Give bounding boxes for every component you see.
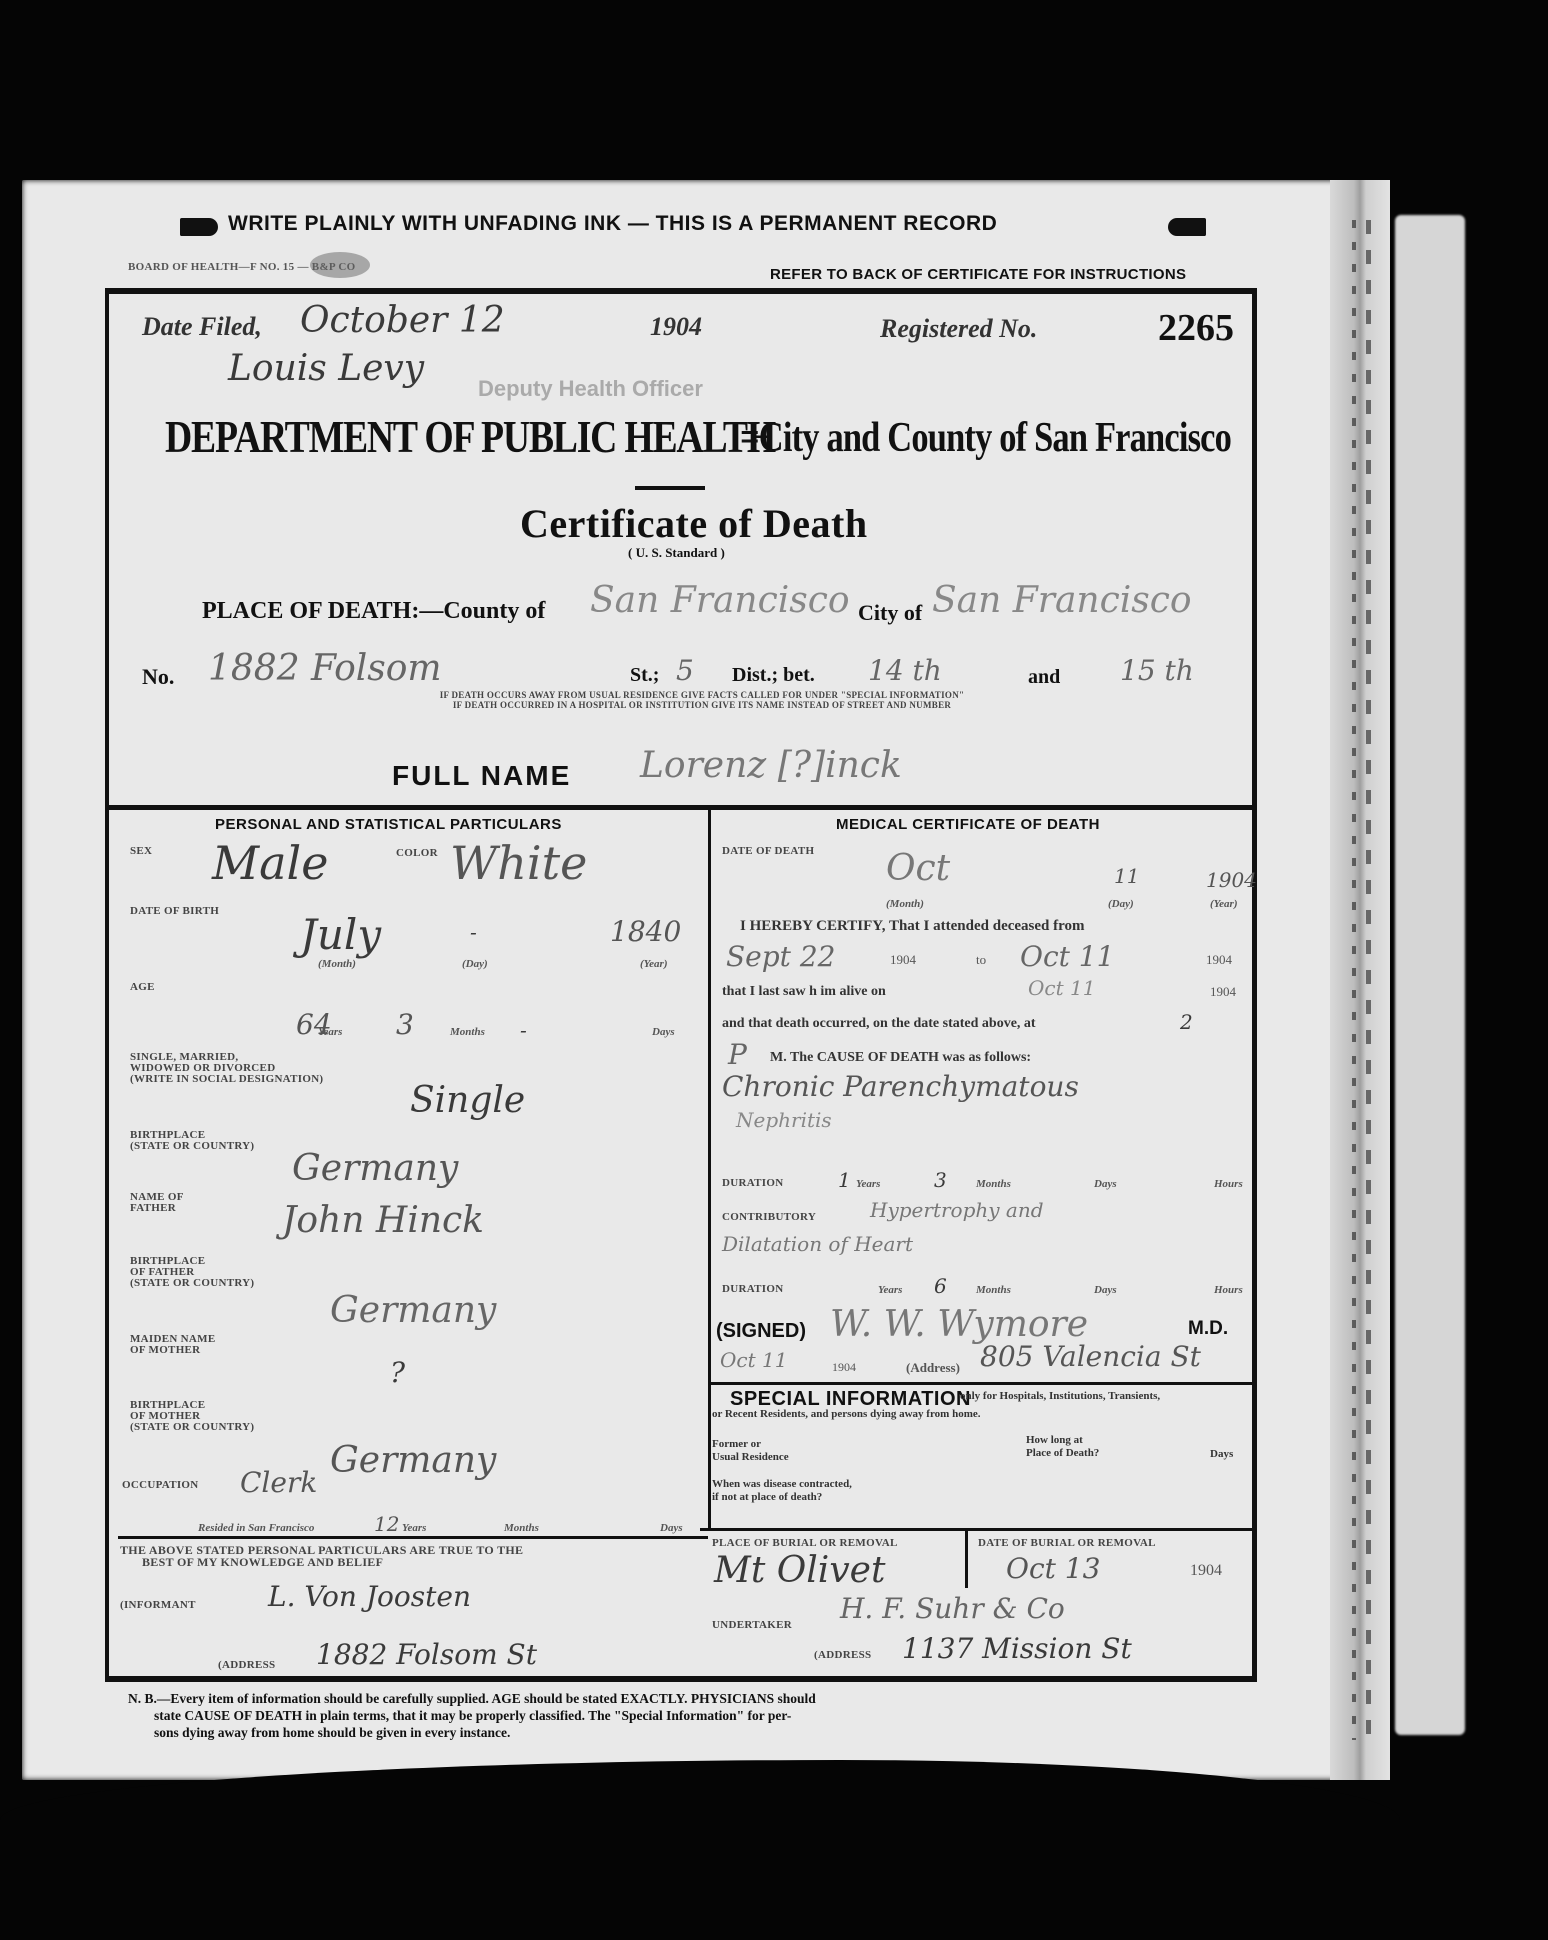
burial-place-label: PLACE OF BURIAL OR REMOVAL <box>712 1538 898 1549</box>
how-long-days-caption: Days <box>1210 1448 1233 1460</box>
note-line-1: IF DEATH OCCURS AWAY FROM USUAL RESIDENC… <box>282 690 1122 700</box>
duration-2-months: 6 <box>934 1274 947 1298</box>
mother-birthplace-value: Germany <box>330 1440 496 1481</box>
father-birthplace-label: BIRTHPLACE OF FATHER (State or Country) <box>130 1256 254 1289</box>
birthplace-label: BIRTHPLACE (State or Country) <box>130 1130 254 1152</box>
burial-date-label: DATE OF BURIAL OR REMOVAL <box>978 1538 1156 1549</box>
contracted-label: When was disease contracted, if not at p… <box>712 1478 852 1504</box>
date-filed-year: 1904 <box>650 312 702 342</box>
marital-label-line: (Write in social designation) <box>130 1074 323 1085</box>
duration-1-months: 3 <box>934 1168 947 1192</box>
time-ampm: P <box>728 1038 747 1071</box>
date-filed-label: Date Filed, <box>142 312 262 342</box>
place-of-death-label: PLACE OF DEATH:—County of <box>202 598 545 625</box>
city-label: City of <box>858 600 922 626</box>
dob-day-caption: (Day) <box>462 958 488 970</box>
banner-text: WRITE PLAINLY WITH UNFADING INK — THIS I… <box>228 212 997 236</box>
burial-place-value: Mt Olivet <box>714 1550 885 1591</box>
personal-heading: PERSONAL AND STATISTICAL PARTICULARS <box>215 816 562 833</box>
binding-stitching <box>1366 220 1371 1740</box>
full-name-label: FULL NAME <box>392 760 571 792</box>
place-of-death-note: IF DEATH OCCURS AWAY FROM USUAL RESIDENC… <box>282 690 1122 710</box>
birthplace-value: Germany <box>292 1148 458 1189</box>
duration-1-years-caption: Years <box>856 1178 880 1190</box>
sex-label: SEX <box>130 846 152 857</box>
how-long-label-line: Place of Death? <box>1026 1447 1099 1460</box>
attestation-text: THE ABOVE STATED PERSONAL PARTICULARS AR… <box>120 1544 523 1568</box>
form-top-border <box>105 288 1257 294</box>
mother-bp-label-line: (State or Country) <box>130 1422 254 1433</box>
former-residence-label-line: Usual Residence <box>712 1451 789 1464</box>
undertaker-label: UNDERTAKER <box>712 1620 792 1631</box>
resided-years-caption: Years <box>402 1522 426 1534</box>
special-note-1: only for Hospitals, Institutions, Transi… <box>960 1390 1160 1402</box>
age-label: AGE <box>130 982 155 993</box>
dod-month: Oct <box>886 848 950 889</box>
dob-year: 1840 <box>610 915 681 948</box>
occupation-value: Clerk <box>240 1466 317 1499</box>
mother-birthplace-label: BIRTHPLACE OF MOTHER (State or Country) <box>130 1400 254 1433</box>
color-value: White <box>450 836 587 890</box>
mother-name-value: ? <box>390 1356 405 1389</box>
contracted-label-line: if not at place of death? <box>712 1491 852 1504</box>
duration-2-days-caption: Days <box>1094 1284 1117 1296</box>
time-of-death-hour: 2 <box>1180 1010 1193 1034</box>
street-address-value: 1882 Folsom <box>208 648 442 689</box>
adjacent-page-edge <box>1395 215 1465 1735</box>
marital-status-value: Single <box>410 1080 525 1121</box>
street-label: St.; <box>630 664 659 687</box>
occurred-text: and that death occurred, on the date sta… <box>722 1016 1036 1032</box>
signed-date: Oct 11 <box>720 1348 787 1372</box>
duration-label: DURATION <box>722 1178 783 1189</box>
informant-address-value: 1882 Folsom St <box>316 1638 537 1671</box>
age-months-caption: Months <box>450 1026 485 1038</box>
pointing-hand-icon <box>180 218 218 236</box>
attestation-line: BEST OF MY KNOWLEDGE AND BELIEF <box>120 1556 523 1568</box>
street-no-label: No. <box>142 664 174 690</box>
attended-to: Oct 11 <box>1020 940 1114 973</box>
undertaker-address-value: 1137 Mission St <box>902 1632 1132 1665</box>
burial-year: 1904 <box>1190 1562 1222 1580</box>
officer-signature: Louis Levy <box>228 348 424 389</box>
cause-text: M. The CAUSE OF DEATH was as follows: <box>770 1050 1031 1066</box>
father-name-value: John Hinck <box>282 1200 484 1241</box>
physician-address: 805 Valencia St <box>980 1340 1201 1373</box>
undertaker-address-label: (Address <box>814 1650 871 1661</box>
birthplace-label-line: (State or Country) <box>130 1141 254 1152</box>
father-bp-label-line: (State or Country) <box>130 1278 254 1289</box>
attended-from: Sept 22 <box>726 940 835 973</box>
attended-to-label: to <box>976 952 986 968</box>
medical-heading: MEDICAL CERTIFICATE OF DEATH <box>836 816 1100 833</box>
attended-from-year: 1904 <box>890 952 916 968</box>
last-saw-value: Oct 11 <box>1028 976 1095 1000</box>
dob-year-caption: (Year) <box>640 958 668 970</box>
informant-label: (Informant <box>120 1600 196 1611</box>
last-saw-year: 1904 <box>1210 984 1236 1000</box>
age-days: - <box>520 1018 527 1042</box>
burial-date-value: Oct 13 <box>1006 1552 1100 1585</box>
dob-label: DATE OF BIRTH <box>130 906 219 917</box>
certify-text: I HEREBY CERTIFY, That I attended deceas… <box>740 918 1085 935</box>
full-name-value: Lorenz [?]inck <box>640 745 902 786</box>
father-birthplace-value: Germany <box>330 1290 496 1331</box>
between-street-2: 15 th <box>1120 654 1194 687</box>
jurisdiction-name: =City and County of San Francisco <box>740 414 1231 462</box>
title-divider <box>635 486 705 490</box>
instructions-note: REFER TO BACK OF CERTIFICATE FOR INSTRUC… <box>770 266 1186 283</box>
form-right-border <box>1252 288 1257 1680</box>
duration-1-months-caption: Months <box>976 1178 1011 1190</box>
personal-divider <box>118 1536 708 1539</box>
dob-month-caption: (Month) <box>318 958 356 970</box>
father-label: NAME OF FATHER <box>130 1192 184 1214</box>
burial-divider <box>700 1528 1256 1531</box>
city-value: San Francisco <box>932 580 1192 621</box>
former-residence-label-line: Former or <box>712 1438 789 1451</box>
dob-month: July <box>300 910 381 959</box>
section-divider <box>108 805 1256 810</box>
form-bottom-border <box>105 1676 1257 1682</box>
marital-label: SINGLE, MARRIED, WIDOWED OR DIVORCED (Wr… <box>130 1052 323 1085</box>
dod-month-caption: (Month) <box>886 898 924 910</box>
mother-label: MAIDEN NAME OF MOTHER <box>130 1334 216 1356</box>
footer-note-line: state CAUSE OF DEATH in plain terms, tha… <box>128 1707 816 1724</box>
contributory-line-1: Hypertrophy and <box>870 1198 1044 1222</box>
md-label: M.D. <box>1188 1318 1228 1340</box>
contracted-label-line: When was disease contracted, <box>712 1478 852 1491</box>
contributory-line-2: Dilatation of Heart <box>722 1232 913 1256</box>
duration-1-years: 1 <box>838 1168 851 1192</box>
book-binding <box>1330 180 1390 1780</box>
physician-address-label: (Address) <box>906 1360 960 1376</box>
special-note-2: or Recent Residents, and persons dying a… <box>712 1408 981 1420</box>
age-days-caption: Days <box>652 1026 675 1038</box>
color-label: COLOR <box>396 848 438 859</box>
dob-day: - <box>470 920 477 944</box>
district-label: Dist.; bet. <box>732 664 815 687</box>
duration-1-hours-caption: Hours <box>1214 1178 1243 1190</box>
dod-year: 1904 <box>1206 868 1257 892</box>
father-label-line: FATHER <box>130 1203 184 1214</box>
dod-day-caption: (Day) <box>1108 898 1134 910</box>
signed-label: (SIGNED) <box>716 1320 806 1343</box>
dod-label: DATE OF DEATH <box>722 846 814 857</box>
occupation-label: OCCUPATION <box>122 1480 199 1491</box>
footer-note: N. B.—Every item of information should b… <box>128 1690 816 1741</box>
age-months: 3 <box>396 1008 414 1041</box>
mother-label-line: OF MOTHER <box>130 1345 216 1356</box>
contributory-label: CONTRIBUTORY <box>722 1212 816 1223</box>
special-divider <box>711 1382 1256 1385</box>
duration-2-months-caption: Months <box>976 1284 1011 1296</box>
signed-year: 1904 <box>832 1360 856 1375</box>
between-street-1: 14 th <box>868 654 942 687</box>
note-line-2: IF DEATH OCCURRED IN A HOSPITAL OR INSTI… <box>282 700 1122 710</box>
binding-stitching <box>1352 220 1356 1740</box>
how-long-label-line: How long at <box>1026 1434 1099 1447</box>
form-left-border <box>105 288 109 1680</box>
undertaker-value: H. F. Suhr & Co <box>840 1592 1065 1625</box>
cause-line-2: Nephritis <box>736 1108 832 1132</box>
county-value: San Francisco <box>590 580 850 621</box>
duration-1-days-caption: Days <box>1094 1178 1117 1190</box>
district-value: 5 <box>676 654 694 687</box>
registered-no-value: 2265 <box>1158 306 1234 350</box>
burial-column-divider <box>965 1530 968 1588</box>
cause-line-1: Chronic Parenchymatous <box>722 1070 1079 1103</box>
certificate-title: Certificate of Death <box>520 500 868 547</box>
officer-title: Deputy Health Officer <box>478 376 703 402</box>
column-divider <box>708 810 711 1530</box>
footer-note-line: sons dying away from home should be give… <box>128 1724 816 1741</box>
dod-day: 11 <box>1114 864 1139 888</box>
and-label: and <box>1028 666 1060 689</box>
how-long-label: How long at Place of Death? <box>1026 1434 1099 1460</box>
certificate-standard: ( U. S. Standard ) <box>628 545 725 561</box>
dod-year-caption: (Year) <box>1210 898 1238 910</box>
registered-no-label: Registered No. <box>880 314 1037 344</box>
informant-address-label: (Address <box>218 1660 275 1671</box>
duration-2-years-caption: Years <box>878 1284 902 1296</box>
resided-days-caption: Days <box>660 1522 683 1534</box>
pointing-hand-icon <box>1168 218 1206 236</box>
duration-2-hours-caption: Hours <box>1214 1284 1243 1296</box>
former-residence-label: Former or Usual Residence <box>712 1438 789 1464</box>
union-label-seal-icon <box>310 252 370 278</box>
footer-note-line: N. B.—Every item of information should b… <box>128 1690 816 1707</box>
department-name: DEPARTMENT OF PUBLIC HEALTH <box>165 410 775 463</box>
resided-label: Resided in San Francisco <box>198 1522 314 1534</box>
resided-years: 12 <box>374 1512 399 1536</box>
resided-months-caption: Months <box>504 1522 539 1534</box>
duration-2-label: DURATION <box>722 1284 783 1295</box>
physician-signature: W. W. Wymore <box>830 1304 1088 1345</box>
last-saw-text: that I last saw h im alive on <box>722 984 886 1000</box>
sex-value: Male <box>212 836 328 890</box>
date-filed-value: October 12 <box>300 300 505 341</box>
attended-to-year: 1904 <box>1206 952 1232 968</box>
informant-value: L. Von Joosten <box>268 1580 471 1613</box>
age-years-caption: Years <box>318 1026 342 1038</box>
